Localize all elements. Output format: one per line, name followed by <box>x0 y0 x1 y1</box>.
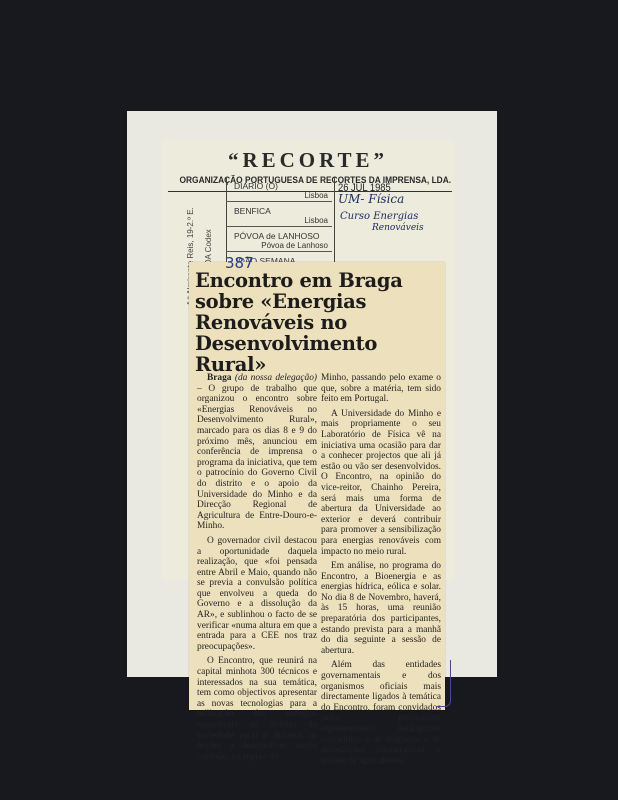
publication-name: BENFICA <box>234 206 271 216</box>
article-paragraph: Além das entidades governamentais e dos … <box>321 660 441 766</box>
publication-city: Póvoa de Lanhoso <box>261 241 328 250</box>
paragraph-text: – O grupo de trabalho que organizou o en… <box>197 384 317 532</box>
article-column-right: Minho, passando pelo exame o que, sobre … <box>321 373 441 770</box>
article-paragraph: Braga (da nossa delegação) – O grupo de … <box>197 373 317 532</box>
article-paragraph: Em análise, no programa do Encontro, a B… <box>321 561 441 656</box>
article-paragraph: O governador civil destacou a oportunida… <box>197 536 317 653</box>
lead-credit: (da nossa delegação) <box>235 373 317 383</box>
lead-word: Braga <box>207 373 231 383</box>
article-paragraph: A Universidade do Minho e mais propriame… <box>321 409 441 557</box>
article-column-left: Braga (da nossa delegação) – O grupo de … <box>197 373 317 766</box>
handwritten-note: Renováveis <box>372 223 424 233</box>
pen-mark <box>436 660 451 707</box>
article-paragraph: Minho, passando pelo exame o que, sobre … <box>321 373 441 405</box>
handwritten-note: Curso Energias <box>340 211 418 222</box>
publication-city: Lisboa <box>304 191 328 200</box>
publication-row: DIARIO (O) Lisboa <box>226 177 332 202</box>
newspaper-clipping: 387 Encontro em Braga sobre «Energias Re… <box>189 262 445 710</box>
publication-name: PÓVOA de LANHOSO <box>234 231 320 241</box>
publication-name: DIARIO (O) <box>234 181 278 191</box>
publication-city: Lisboa <box>304 216 328 225</box>
publication-row: BENFICA Lisboa <box>226 202 332 227</box>
handwritten-note: UM- Física <box>338 192 404 206</box>
publication-row: PÓVOA de LANHOSO Póvoa de Lanhoso <box>226 227 332 252</box>
headline: Encontro em Braga sobre «Energias Renová… <box>195 270 445 375</box>
slip-title: “RECORTE” <box>162 148 454 173</box>
article-paragraph: O Encontro, que reunirá na capital minho… <box>197 656 317 762</box>
